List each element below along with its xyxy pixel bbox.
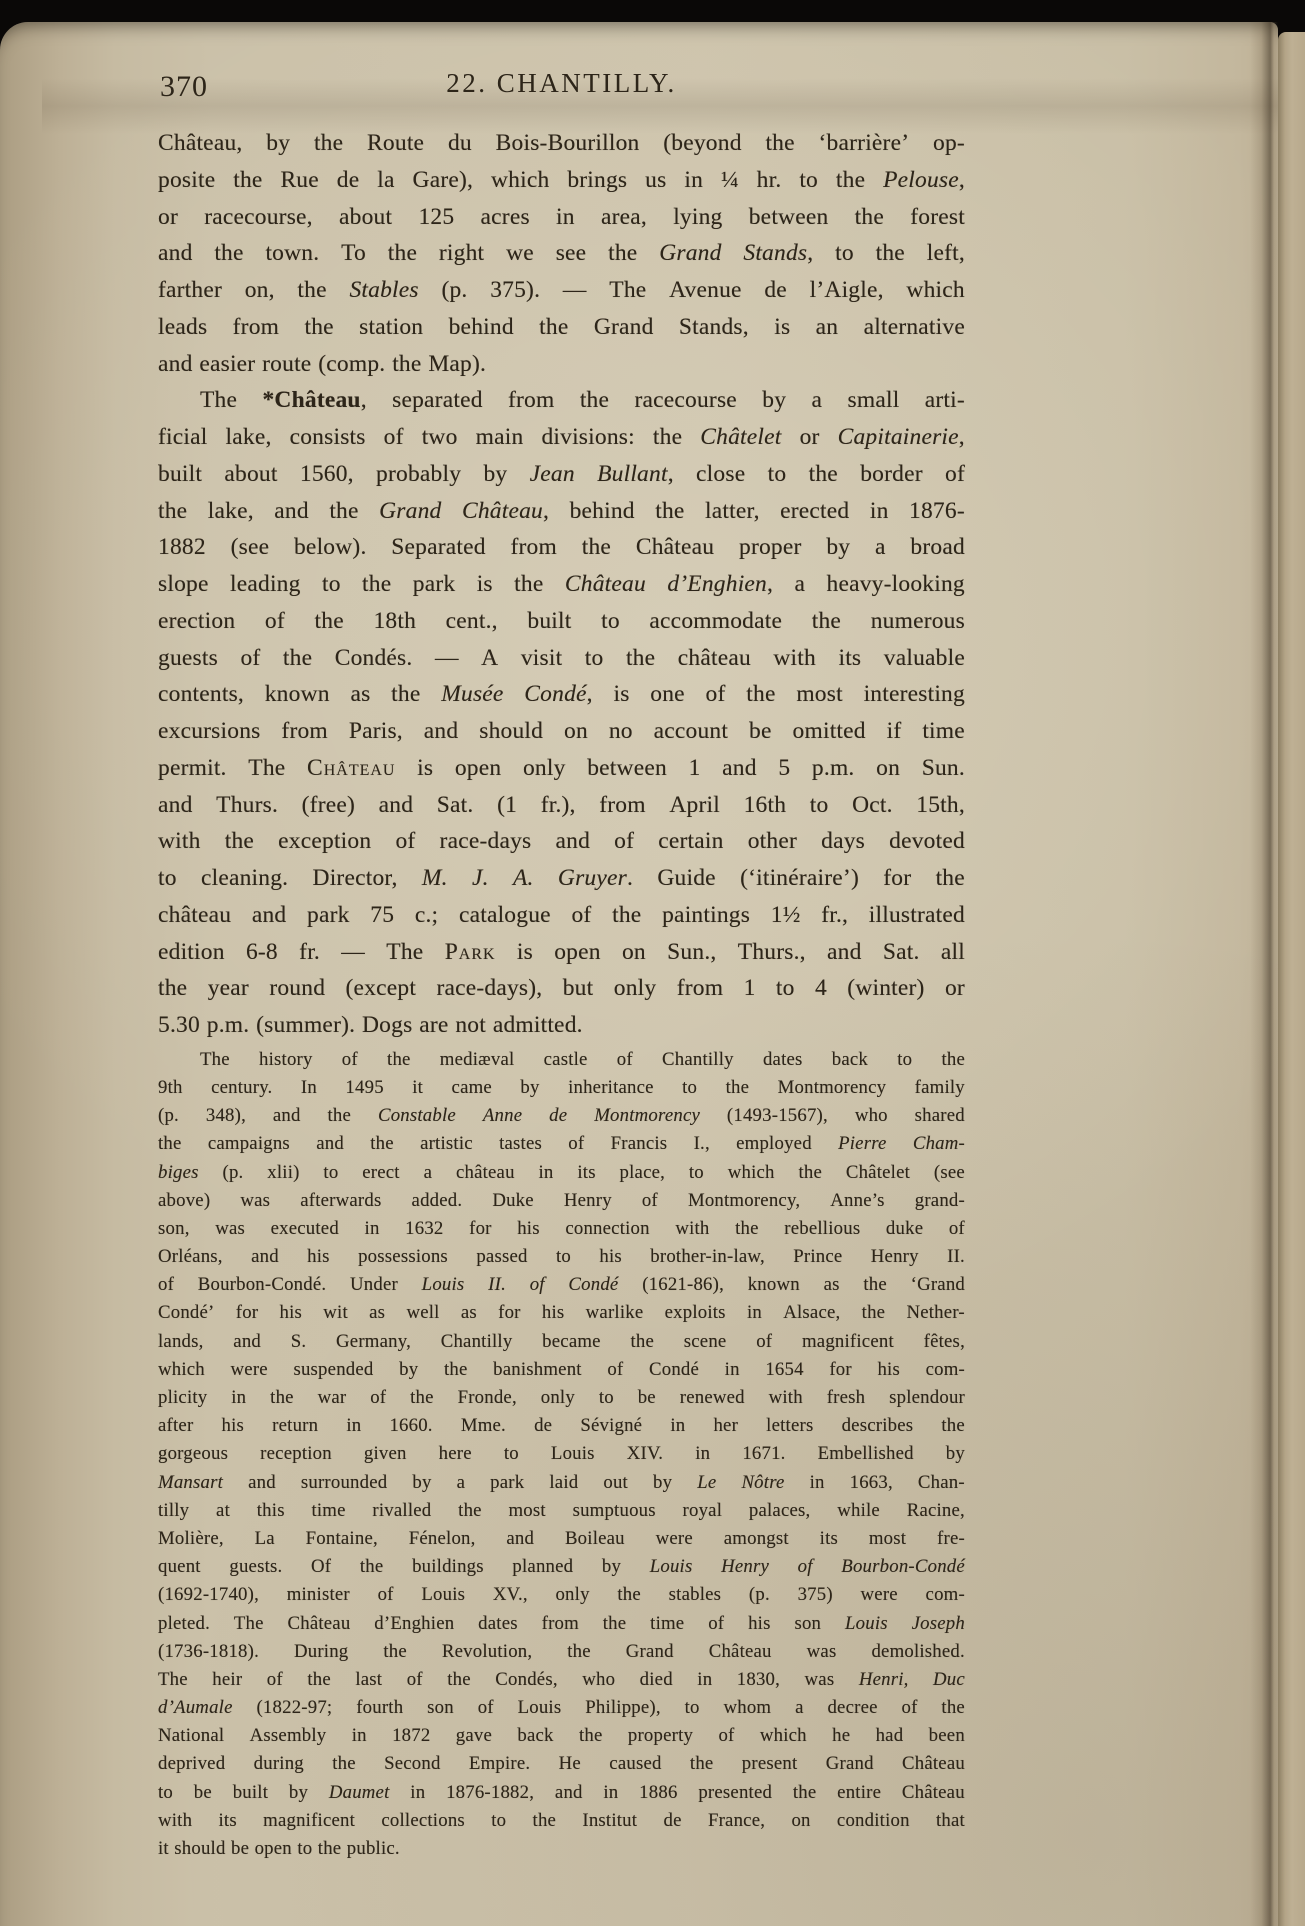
page-paper: 370 22. CHANTILLY. Château,bytheRouteduB… — [0, 22, 1278, 1926]
text-line: d’Aumale(1822-97;fourthsonofLouisPhilipp… — [158, 1697, 965, 1725]
text-line: (p.348),andtheConstableAnnedeMontmorency… — [158, 1105, 965, 1133]
text-line: above)wasafterwardsadded.DukeHenryofMont… — [158, 1190, 965, 1218]
text-line: thelake,andtheGrandChâteau,behindthelatt… — [158, 498, 965, 535]
text-line: ThehistoryofthemediævalcastleofChantilly… — [158, 1049, 965, 1077]
text-line: 9thcentury.In1495itcamebyinheritancetoth… — [158, 1077, 965, 1105]
text-line: gorgeousreceptiongivenheretoLouisXIV.in1… — [158, 1443, 965, 1471]
text-line: contents,knownastheMuséeCondé,isoneofthe… — [158, 681, 965, 718]
adjacent-page-edge — [1278, 32, 1305, 1926]
text-line: positetheRuedelaGare),whichbringsusin¼hr… — [158, 167, 965, 204]
page-edge-stack — [0, 22, 96, 1926]
text-line: 1882(seebelow).SeparatedfromtheChâteaupr… — [158, 534, 965, 571]
paragraph-chateau-description: The*Château,separatedfromtheracecourseby… — [158, 387, 965, 1049]
text-line: deprivedduringtheSecondEmpire.Hecausedth… — [158, 1753, 965, 1781]
text-line: tocleaning.Director,M.J.A.Gruyer.Guide(‘… — [158, 865, 965, 902]
text-line: whichweresuspendedbythebanishmentofCondé… — [158, 1359, 965, 1387]
text-line: andThurs.(free)andSat.(1fr.),fromApril16… — [158, 792, 965, 829]
text-line: Orléans,andhispossessionspassedtohisbrot… — [158, 1246, 965, 1274]
text-line: châteauandpark75c.;catalogueofthepaintin… — [158, 902, 965, 939]
text-line: 5.30p.m.(summer).Dogsarenotadmitted. — [158, 1012, 965, 1049]
paragraph-route-description: Château,bytheRouteduBois-Bourillon(beyon… — [158, 130, 965, 387]
text-line: (1736-1818).DuringtheRevolution,theGrand… — [158, 1641, 965, 1669]
text-line: TheheirofthelastoftheCondés,whodiedin183… — [158, 1669, 965, 1697]
text-line: pleted.TheChâteaud’Enghiendatesfromtheti… — [158, 1613, 965, 1641]
text-line: afterhisreturnin1660.Mme.deSévignéinherl… — [158, 1415, 965, 1443]
text-line: withitsmagnificentcollectionstotheInstit… — [158, 1810, 965, 1838]
text-line: MansartandsurroundedbyaparklaidoutbyLeNô… — [158, 1472, 965, 1500]
text-line: Condé’forhiswitaswellasforhiswarlikeexpl… — [158, 1302, 965, 1330]
paragraph-history: ThehistoryofthemediævalcastleofChantilly… — [158, 1049, 965, 1866]
text-line: The*Château,separatedfromtheracecourseby… — [158, 387, 965, 424]
text-line: orracecourse,about125acresinarea,lyingbe… — [158, 204, 965, 241]
scanned-book-page: 370 22. CHANTILLY. Château,bytheRouteduB… — [0, 0, 1305, 1926]
text-line: biges(p.xlii)toerectachâteauinitsplace,t… — [158, 1162, 965, 1190]
text-line: thecampaignsandtheartistictastesofFranci… — [158, 1133, 965, 1161]
text-line: andthetown.TotherightweseetheGrandStands… — [158, 240, 965, 277]
text-line: son,wasexecutedin1632forhisconnectionwit… — [158, 1218, 965, 1246]
text-line: tillyatthistimerivalledthemostsumptuousr… — [158, 1500, 965, 1528]
text-line: permit.TheChâteauisopenonlybetween1and5p… — [158, 755, 965, 792]
text-line: Château,bytheRouteduBois-Bourillon(beyon… — [158, 130, 965, 167]
text-line: theyearround(exceptrace-days),butonlyfro… — [158, 975, 965, 1012]
text-line: ofBourbon-Condé.UnderLouisII.ofCondé(162… — [158, 1274, 965, 1302]
text-line: edition6-8fr.—TheParkisopenonSun.,Thurs.… — [158, 939, 965, 976]
chapter-title: 22. CHANTILLY. — [158, 68, 965, 99]
text-line: plicityinthewaroftheFronde,onlytoberenew… — [158, 1387, 965, 1415]
text-line: (1692-1740),ministerofLouisXV.,onlythest… — [158, 1584, 965, 1612]
text-line: guestsoftheCondés.—Avisittothechâteauwit… — [158, 645, 965, 682]
text-line: itshouldbeopentothepublic. — [158, 1838, 965, 1866]
text-line: quentguests.OfthebuildingsplannedbyLouis… — [158, 1556, 965, 1584]
text-line: slopeleadingtotheparkistheChâteaud’Enghi… — [158, 571, 965, 608]
text-line: excursionsfromParis,andshouldonnoaccount… — [158, 718, 965, 755]
text-line: NationalAssemblyin1872gavebackthepropert… — [158, 1725, 965, 1753]
text-line: lands,andS.Germany,Chantillybecamethesce… — [158, 1331, 965, 1359]
page-header: 370 22. CHANTILLY. — [158, 68, 965, 112]
text-line: builtabout1560,probablybyJeanBullant,clo… — [158, 461, 965, 498]
text-line: fartheron,theStables(p.375).—TheAvenuede… — [158, 277, 965, 314]
text-line: tobebuiltbyDaumetin1876-1882,andin1886pr… — [158, 1782, 965, 1810]
text-line: ficiallake,consistsoftwomaindivisions:th… — [158, 424, 965, 461]
binding-crease — [1250, 22, 1278, 1926]
text-line: andeasierroute(comp.theMap). — [158, 351, 965, 388]
text-line: leadsfromthestationbehindtheGrandStands,… — [158, 314, 965, 351]
text-line: erectionofthe18thcent.,builttoaccommodat… — [158, 608, 965, 645]
text-block: Château,bytheRouteduBois-Bourillon(beyon… — [158, 130, 965, 1866]
text-line: Molière,LaFontaine,Fénelon,andBoileauwer… — [158, 1528, 965, 1556]
page-number: 370 — [160, 70, 208, 104]
text-line: withtheexceptionofrace-daysandofcertaino… — [158, 828, 965, 865]
